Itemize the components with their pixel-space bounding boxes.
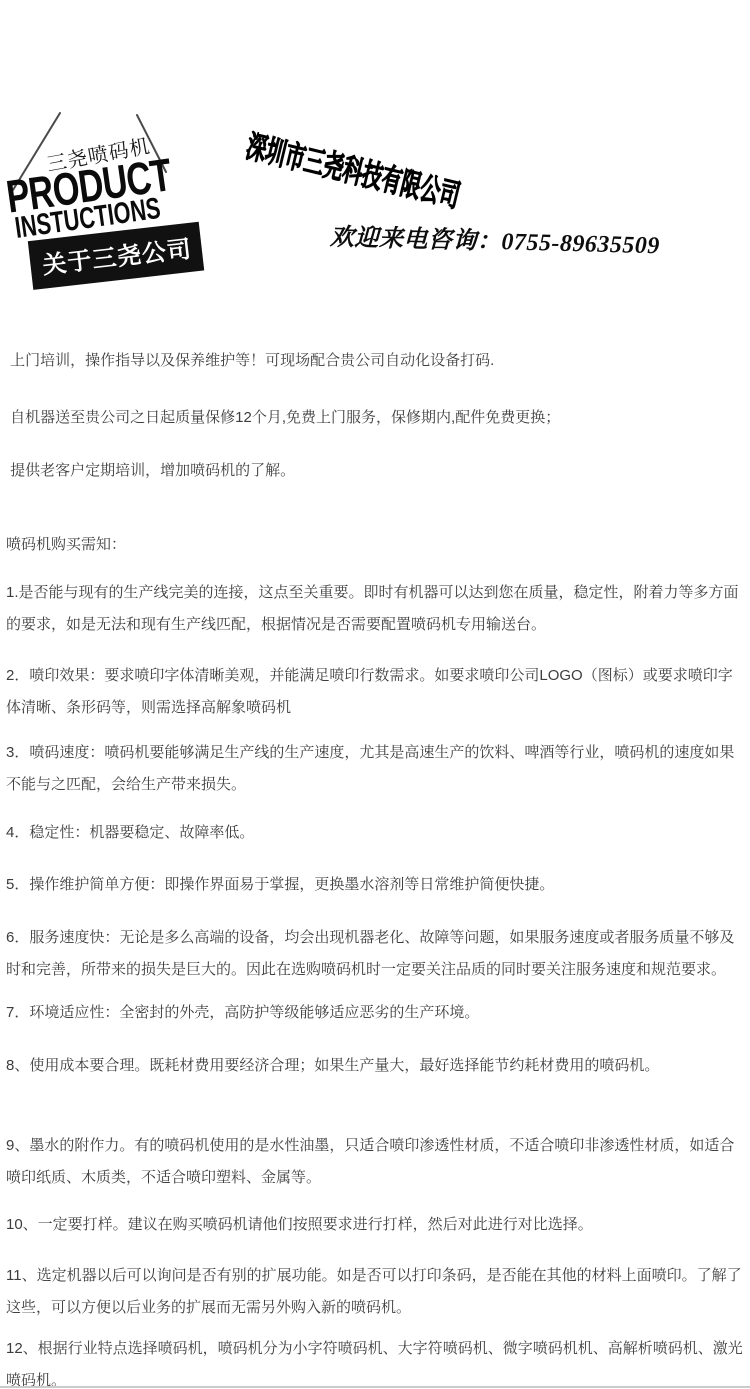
body-paragraph: 6．服务速度快：无论是多么高端的设备，均会出现机器老化、故障等问题，如果服务速度…	[6, 922, 750, 986]
body-paragraph: 提供老客户定期培训，增加喷码机的了解。	[6, 455, 750, 487]
body-text: 上门培训，操作指导以及保养维护等！可现场配合贵公司自动化设备打码. 自机器送至贵…	[6, 345, 750, 1389]
body-paragraph: 10、一定要打样。建议在购买喷码机请他们按照要求进行打样，然后对此进行对比选择。	[6, 1209, 750, 1241]
body-paragraph: 2．喷印效果：要求喷印字体清晰美观，并能满足喷印行数需求。如要求喷印公司LOGO…	[6, 660, 750, 724]
body-paragraph: 11、选定机器以后可以询问是否有别的扩展功能。如是否可以打印条码，是否能在其他的…	[6, 1260, 750, 1324]
hanging-sign-logo: 三尧喷码机 PRODUCT INSTUCTIONS 关于三尧公司	[0, 0, 220, 300]
body-paragraph: 9、墨水的附作力。有的喷码机使用的是水性油墨，只适合喷印渗透性材质，不适合喷印非…	[6, 1130, 750, 1194]
bottom-divider	[0, 1386, 750, 1388]
body-paragraph: 3．喷码速度：喷码机要能够满足生产线的生产速度，尤其是高速生产的饮料、啤酒等行业…	[6, 737, 750, 801]
body-paragraph: 5．操作维护简单方便：即操作界面易于掌握，更换墨水溶剂等日常维护简便快捷。	[6, 869, 750, 901]
product-instructions-page: 三尧喷码机 PRODUCT INSTUCTIONS 关于三尧公司 深圳市三尧科技…	[0, 0, 750, 1389]
company-name: 深圳市三尧科技有限公司	[242, 121, 465, 216]
body-paragraph: 12、根据行业特点选择喷码机，喷码机分为小字符喷码机、大字符喷码机、微字喷码机机…	[6, 1333, 750, 1389]
sign-board: 三尧喷码机 PRODUCT INSTUCTIONS 关于三尧公司	[0, 124, 218, 294]
contact-phone-line: 欢迎来电咨询：0755-89635509	[330, 217, 661, 261]
body-paragraph: 自机器送至贵公司之日起质量保修12个月,免费上门服务，保修期内,配件免费更换；	[6, 402, 750, 434]
body-paragraph: 4．稳定性：机器要稳定、故障率低。	[6, 817, 750, 849]
body-paragraph: 1.是否能与现有的生产线完美的连接，这点至关重要。即时有机器可以达到您在质量，稳…	[6, 577, 750, 641]
body-paragraph: 喷码机购买需知：	[6, 529, 750, 561]
body-paragraph: 8、使用成本要合理。既耗材费用要经济合理；如果生产量大，最好选择能节约耗材费用的…	[6, 1050, 750, 1082]
body-paragraph: 7．环境适应性：全密封的外壳，高防护等级能够适应恶劣的生产环境。	[6, 997, 750, 1029]
body-paragraph: 上门培训，操作指导以及保养维护等！可现场配合贵公司自动化设备打码.	[6, 345, 750, 377]
